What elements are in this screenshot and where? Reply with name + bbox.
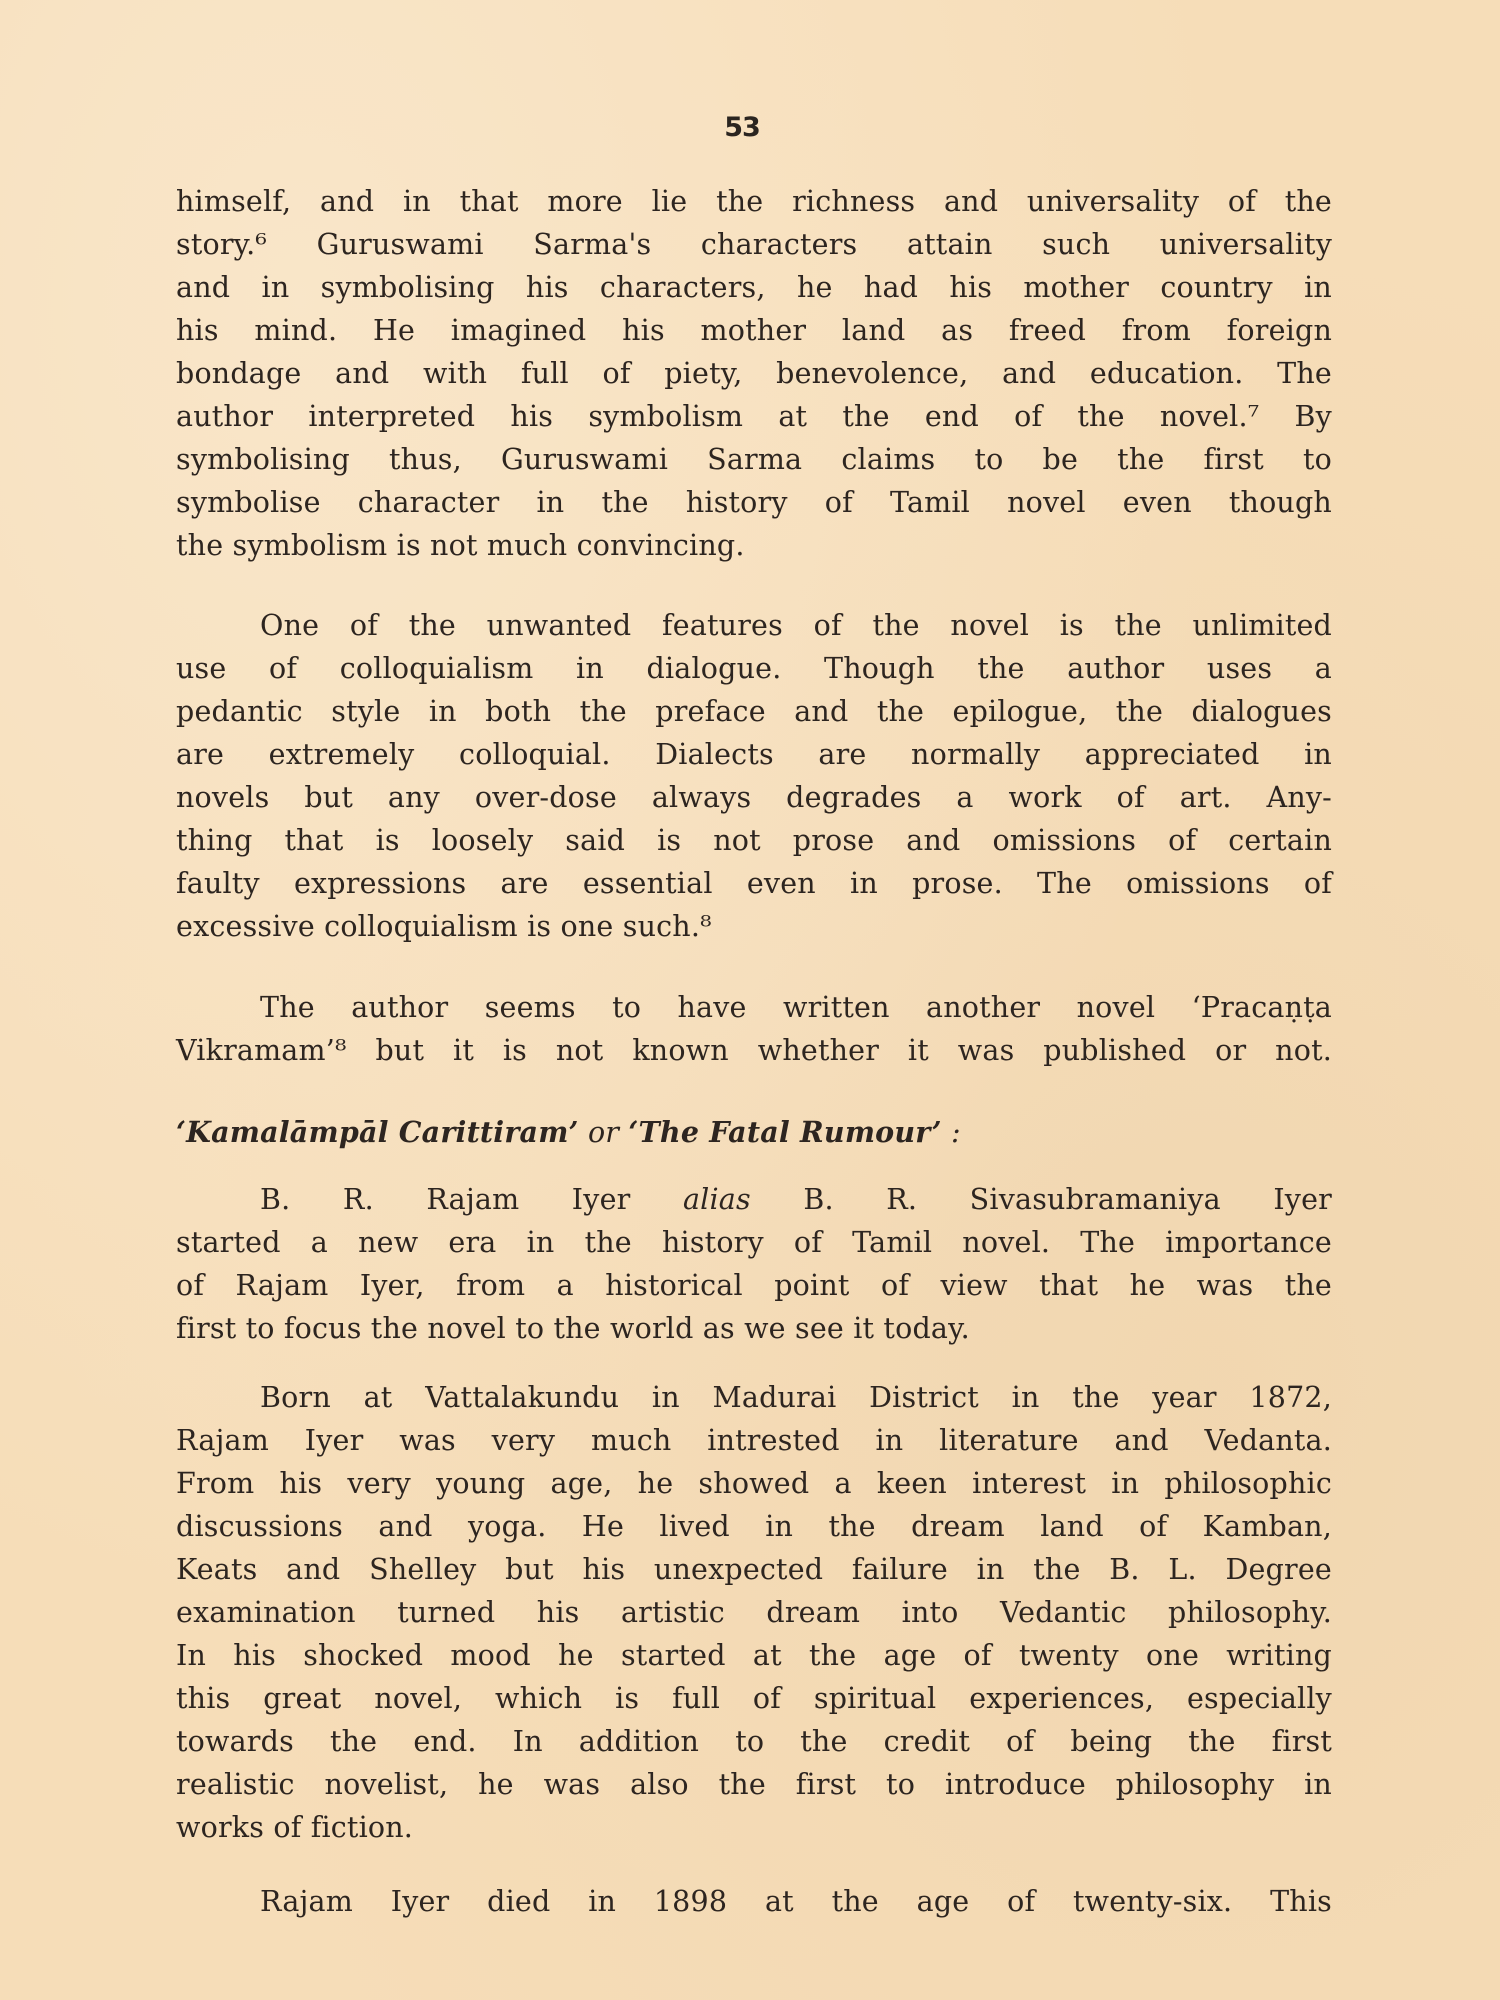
heading-or: or <box>579 1116 629 1149</box>
text-line: works of fiction. <box>176 1806 1332 1850</box>
author-alt-name: B. R. Sivasubramaniya Iyer <box>803 1183 1332 1216</box>
heading-colon: : <box>942 1116 961 1149</box>
text-line: realistic novelist, he was also the firs… <box>176 1763 1332 1807</box>
text-line: thing that is loosely said is not prose … <box>176 819 1332 863</box>
text-line: discussions and yoga. He lived in the dr… <box>176 1505 1332 1549</box>
text-line: towards the end. In addition to the cred… <box>176 1720 1332 1764</box>
text-line: pedantic style in both the preface and t… <box>176 690 1332 734</box>
text-line: One of the unwanted features of the nove… <box>176 604 1332 648</box>
alias-label: alias <box>683 1183 751 1216</box>
text-line: novels but any over-dose always degrades… <box>176 776 1332 820</box>
text-line: and in symbolising his characters, he ha… <box>176 266 1332 310</box>
text-line: bondage and with full of piety, benevole… <box>176 352 1332 396</box>
text-line: symbolising thus, Guruswami Sarma claims… <box>176 438 1332 482</box>
text-line: the symbolism is not much convincing. <box>176 524 1332 568</box>
text-line: Vikramam’⁸ but it is not known whether i… <box>176 1029 1332 1073</box>
text-line: Rajam Iyer died in 1898 at the age of tw… <box>176 1880 1332 1924</box>
text-line: Rajam Iyer was very much intrested in li… <box>176 1419 1332 1463</box>
heading-title-fatal-rumour: ‘The Fatal Rumour’ <box>628 1115 941 1149</box>
text-line: symbolise character in the history of Ta… <box>176 481 1332 525</box>
text-line: first to focus the novel to the world as… <box>176 1307 1332 1351</box>
text-line: this great novel, which is full of spiri… <box>176 1677 1332 1721</box>
text-line: examination turned his artistic dream in… <box>176 1591 1332 1635</box>
page-number: 53 <box>720 112 764 143</box>
text-line: B. R. Rajam Iyer alias B. R. Sivasubrama… <box>176 1178 1332 1222</box>
text-line: In his shocked mood he started at the ag… <box>176 1634 1332 1678</box>
text-line: author interpreted his symbolism at the … <box>176 395 1332 439</box>
heading-title-kamalampal: ‘Kamalāmpāl Carittiram’ <box>176 1115 579 1149</box>
text-line: From his very young age, he showed a kee… <box>176 1462 1332 1506</box>
section-heading-text: ‘Kamalāmpāl Carittiram’ or ‘The Fatal Ru… <box>176 1110 1332 1154</box>
text-line: Born at Vattalakundu in Madurai District… <box>176 1376 1332 1420</box>
text-line: his mind. He imagined his mother land as… <box>176 309 1332 353</box>
author-name: B. R. Rajam Iyer <box>260 1183 630 1216</box>
text-line: The author seems to have written another… <box>176 986 1332 1030</box>
text-line: himself, and in that more lie the richne… <box>176 180 1332 224</box>
scanned-book-page: 53 himself, and in that more lie the ric… <box>0 0 1500 2000</box>
text-line: started a new era in the history of Tami… <box>176 1221 1332 1265</box>
text-line: excessive colloquialism is one such.⁸ <box>176 905 1332 949</box>
text-line: use of colloquialism in dialogue. Though… <box>176 647 1332 691</box>
text-line: faulty expressions are essential even in… <box>176 862 1332 906</box>
text-line: are extremely colloquial. Dialects are n… <box>176 733 1332 777</box>
text-line: Keats and Shelley but his unexpected fai… <box>176 1548 1332 1592</box>
text-line: of Rajam Iyer, from a historical point o… <box>176 1264 1332 1308</box>
text-line: story.⁶ Guruswami Sarma's characters att… <box>176 223 1332 267</box>
